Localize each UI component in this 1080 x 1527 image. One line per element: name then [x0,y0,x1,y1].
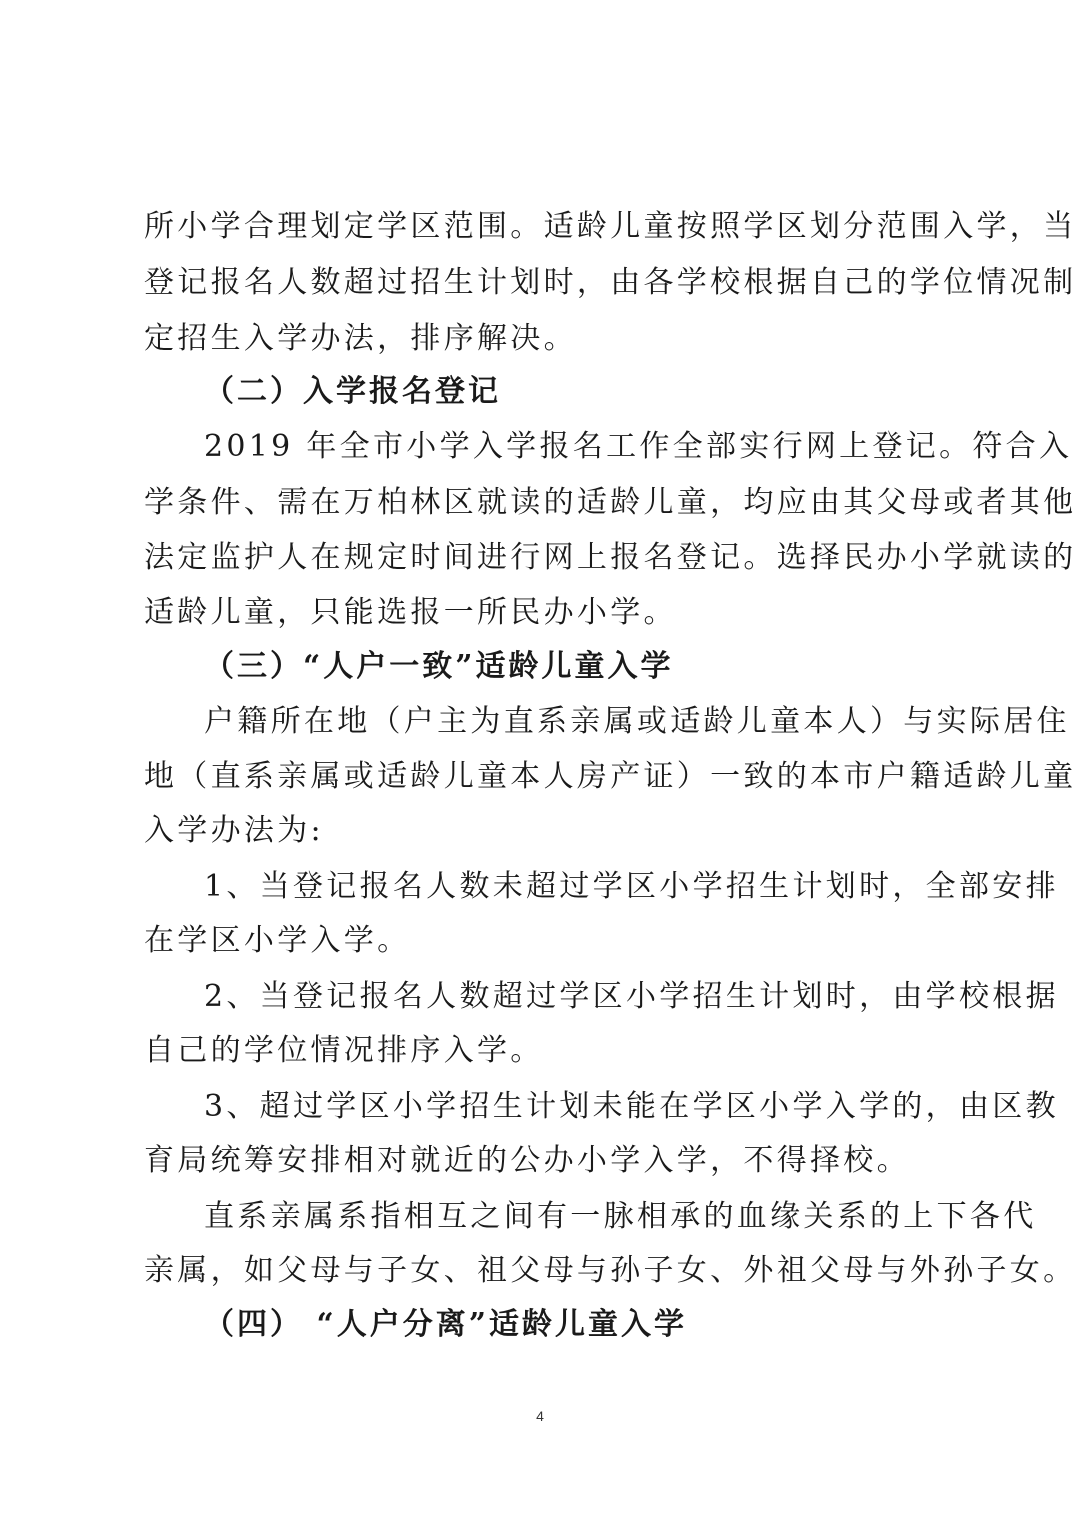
list-item-1-cont: 在学区小学入学。 [144,914,410,968]
list-item-3-cont: 育局统筹安排相对就近的公办小学入学，不得择校。 [144,1134,910,1188]
section-heading-2: （二）入学报名登记 [204,365,501,419]
section-heading-4: （四） “人户分离”适龄儿童入学 [204,1298,687,1352]
paragraph-line: 学条件、需在万柏林区就读的适龄儿童，均应由其父母或者其他 [144,476,1076,530]
page-number: 4 [0,1408,1080,1424]
paragraph-line: 定招生入学办法，排序解决。 [144,312,577,366]
paragraph-line: 所小学合理划定学区范围。适龄儿童按照学区划分范围入学，当 [144,200,1076,254]
section-heading-3: （三）“人户一致”适龄儿童入学 [204,640,674,694]
list-item-1: 1、当登记报名人数未超过学区小学招生计划时，全部安排 [204,860,1059,914]
paragraph-line: 地（直系亲属或适龄儿童本人房产证）一致的本市户籍适龄儿童 [144,750,1076,804]
list-item-3: 3、超过学区小学招生计划未能在学区小学入学的，由区教 [204,1080,1059,1134]
paragraph-line: 亲属，如父母与子女、祖父母与孙子女、外祖父母与外孙子女。 [144,1244,1076,1298]
list-item-2-cont: 自己的学位情况排序入学。 [144,1024,544,1078]
paragraph-line: 登记报名人数超过招生计划时，由各学校根据自己的学位情况制 [144,256,1076,310]
paragraph-line: 户籍所在地（户主为直系亲属或适龄儿童本人）与实际居住 [204,695,1070,749]
paragraph-line: 法定监护人在规定时间进行网上报名登记。选择民办小学就读的 [144,531,1076,585]
paragraph-line: 2019 年全市小学入学报名工作全部实行网上登记。符合入 [204,420,1072,474]
list-item-2: 2、当登记报名人数超过学区小学招生计划时，由学校根据 [204,970,1059,1024]
paragraph-line: 直系亲属系指相互之间有一脉相承的血缘关系的上下各代 [204,1190,1037,1244]
paragraph-line: 适龄儿童，只能选报一所民办小学。 [144,586,677,640]
document-page: 所小学合理划定学区范围。适龄儿童按照学区划分范围入学，当 登记报名人数超过招生计… [0,0,1080,1527]
paragraph-line: 入学办法为: [144,804,324,858]
